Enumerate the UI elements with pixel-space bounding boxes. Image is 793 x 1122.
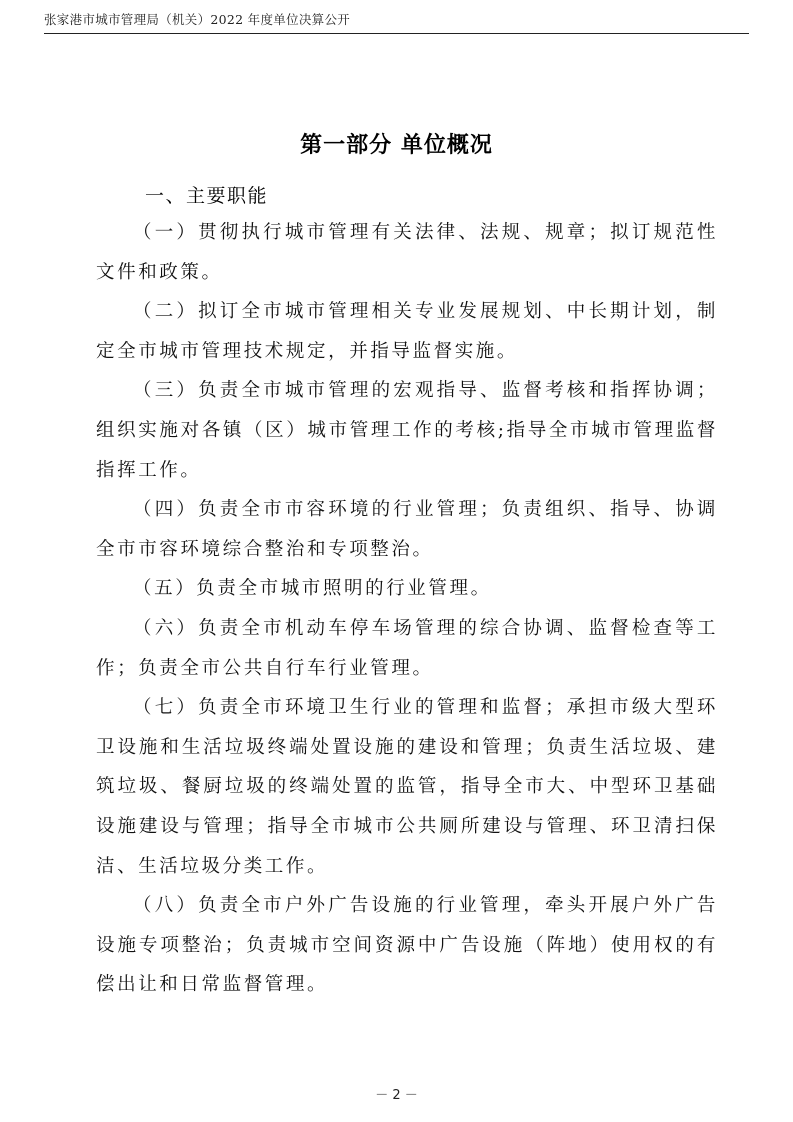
running-header: 张家港市城市管理局（机关）2022 年度单位决算公开 (44, 10, 749, 34)
paragraph-duty-8: （八）负责全市户外广告设施的行业管理，牵头开展户外广告设施专项整治；负责城市空间… (96, 886, 718, 1005)
part-title: 第一部分 单位概况 (0, 128, 793, 159)
paragraph-duty-7: （七）负责全市环境卫生行业的管理和监督；承担市级大型环卫设施和生活垃圾终端处置设… (96, 688, 718, 886)
paragraph-duty-3: （三）负责全市城市管理的宏观指导、监督考核和指挥协调；组织实施对各镇（区）城市管… (96, 371, 718, 490)
paragraph-duty-4: （四）负责全市市容环境的行业管理；负责组织、指导、协调全市市容环境综合整治和专项… (96, 490, 718, 569)
paragraph-duty-5: （五）负责全市城市照明的行业管理。 (96, 569, 718, 609)
body-text: （一）贯彻执行城市管理有关法律、法规、规章；拟订规范性文件和政策。 （二）拟订全… (96, 213, 718, 1005)
paragraph-duty-6: （六）负责全市机动车停车场管理的综合协调、监督检查等工作；负责全市公共自行车行业… (96, 609, 718, 688)
section-heading: 一、主要职能 (145, 181, 268, 208)
page-number: － 2 － (0, 1084, 793, 1103)
paragraph-duty-2: （二）拟订全市城市管理相关专业发展规划、中长期计划，制定全市城市管理技术规定，并… (96, 292, 718, 371)
paragraph-duty-1: （一）贯彻执行城市管理有关法律、法规、规章；拟订规范性文件和政策。 (96, 213, 718, 292)
